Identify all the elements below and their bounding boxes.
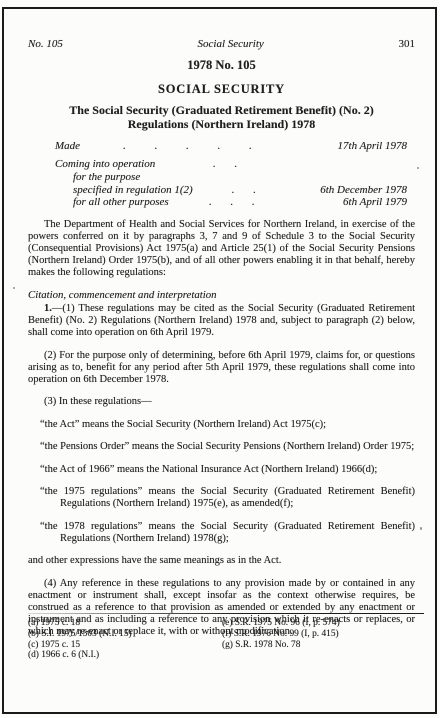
scan-speck xyxy=(417,167,419,169)
purpose2-date: 6th April 1979 xyxy=(295,196,407,210)
purpose1-label-line2: specified in regulation 1(2) xyxy=(73,184,193,197)
dot-leader: . . . . . xyxy=(80,140,295,154)
definition-item: “the Act of 1966” means the National Ins… xyxy=(28,464,415,476)
dot-leader: . . xyxy=(155,158,295,172)
regulation-1-text: —(1) These regulations may be cited as t… xyxy=(28,303,415,338)
footnote-item: (b) S.I. 1975/1503 (N.I. 15) xyxy=(28,629,222,640)
purpose2-row: for all other purposes . . . 6th April 1… xyxy=(73,196,407,210)
purpose1-date: 6th December 1978 xyxy=(295,184,407,197)
footnote-item: (f) S.R. 1976 No. 99 (I, p. 415) xyxy=(222,629,424,640)
footnote-item: (a) 1975 c. 18 xyxy=(28,618,222,629)
running-head-title: Social Security xyxy=(63,38,399,50)
dot-leader: . . . xyxy=(169,196,295,210)
footnote-item: (e) S.R. 1975 No. 96 (I, p. 574) xyxy=(222,618,424,629)
footnotes-left-column: (a) 1975 c. 18 (b) S.I. 1975/1503 (N.I. … xyxy=(28,618,222,661)
regulation-1-paragraph-3-intro: (3) In these regulations— xyxy=(28,396,415,408)
definition-item: “the Act” means the Social Security (Nor… xyxy=(28,419,415,431)
purpose1-line1-row: for the purpose xyxy=(73,171,407,184)
definitions-tail: and other expressions have the same mean… xyxy=(28,555,415,567)
running-head-number: No. 105 xyxy=(28,38,63,50)
regulation-1-paragraph-1: 1.—(1) These regulations may be cited as… xyxy=(28,303,415,339)
made-label: Made xyxy=(55,140,80,154)
footnote-item: (c) 1975 c. 15 xyxy=(28,640,222,651)
footnote-item: (d) 1966 c. 6 (N.I.) xyxy=(28,650,222,661)
coming-into-operation-row: Coming into operation . . xyxy=(55,158,407,172)
section-heading: Citation, commencement and interpretatio… xyxy=(28,289,415,301)
page-content: No. 105 Social Security 301 1978 No. 105… xyxy=(28,38,415,648)
series-title: SOCIAL SECURITY xyxy=(28,82,415,97)
regulation-1-paragraph-2: (2) For the purpose only of determining,… xyxy=(28,350,415,386)
footnote-item: (g) S.R. 1978 No. 78 xyxy=(222,640,424,651)
made-row: Made . . . . . 17th April 1978 xyxy=(55,140,407,154)
footnote-columns: (a) 1975 c. 18 (b) S.I. 1975/1503 (N.I. … xyxy=(28,618,424,661)
definition-item: “the 1978 regulations” means the Social … xyxy=(28,521,415,545)
document-page: No. 105 Social Security 301 1978 No. 105… xyxy=(0,0,440,718)
definition-item: “the Pensions Order” means the Social Se… xyxy=(28,441,415,453)
scan-speck xyxy=(420,527,422,530)
footnotes-right-column: (e) S.R. 1975 No. 96 (I, p. 574) (f) S.R… xyxy=(222,618,424,661)
document-title: The Social Security (Graduated Retiremen… xyxy=(28,104,415,131)
enabling-powers-preamble: The Department of Health and Social Serv… xyxy=(28,219,415,279)
page-number: 301 xyxy=(399,38,416,50)
scan-speck xyxy=(13,287,15,289)
dates-block: Made . . . . . 17th April 1978 Coming in… xyxy=(55,140,407,210)
footnotes-section: (a) 1975 c. 18 (b) S.I. 1975/1503 (N.I. … xyxy=(28,613,424,661)
made-date: 17th April 1978 xyxy=(295,140,407,154)
document-title-line1: The Social Security (Graduated Retiremen… xyxy=(28,104,415,118)
purpose1-label-line1: for the purpose xyxy=(73,171,140,184)
document-title-line2: Regulations (Northern Ireland) 1978 xyxy=(28,118,415,132)
regulation-number: 1. xyxy=(44,303,52,314)
coming-label: Coming into operation xyxy=(55,158,155,172)
running-header: No. 105 Social Security 301 xyxy=(28,38,415,50)
dot-leader: . . xyxy=(193,184,295,197)
purpose2-label: for all other purposes xyxy=(73,196,169,210)
definition-item: “the 1975 regulations” means the Social … xyxy=(28,486,415,510)
footnote-separator-rule xyxy=(28,613,424,614)
statutory-rule-number: 1978 No. 105 xyxy=(28,58,415,73)
purpose1-line2-row: specified in regulation 1(2) . . 6th Dec… xyxy=(73,184,407,197)
